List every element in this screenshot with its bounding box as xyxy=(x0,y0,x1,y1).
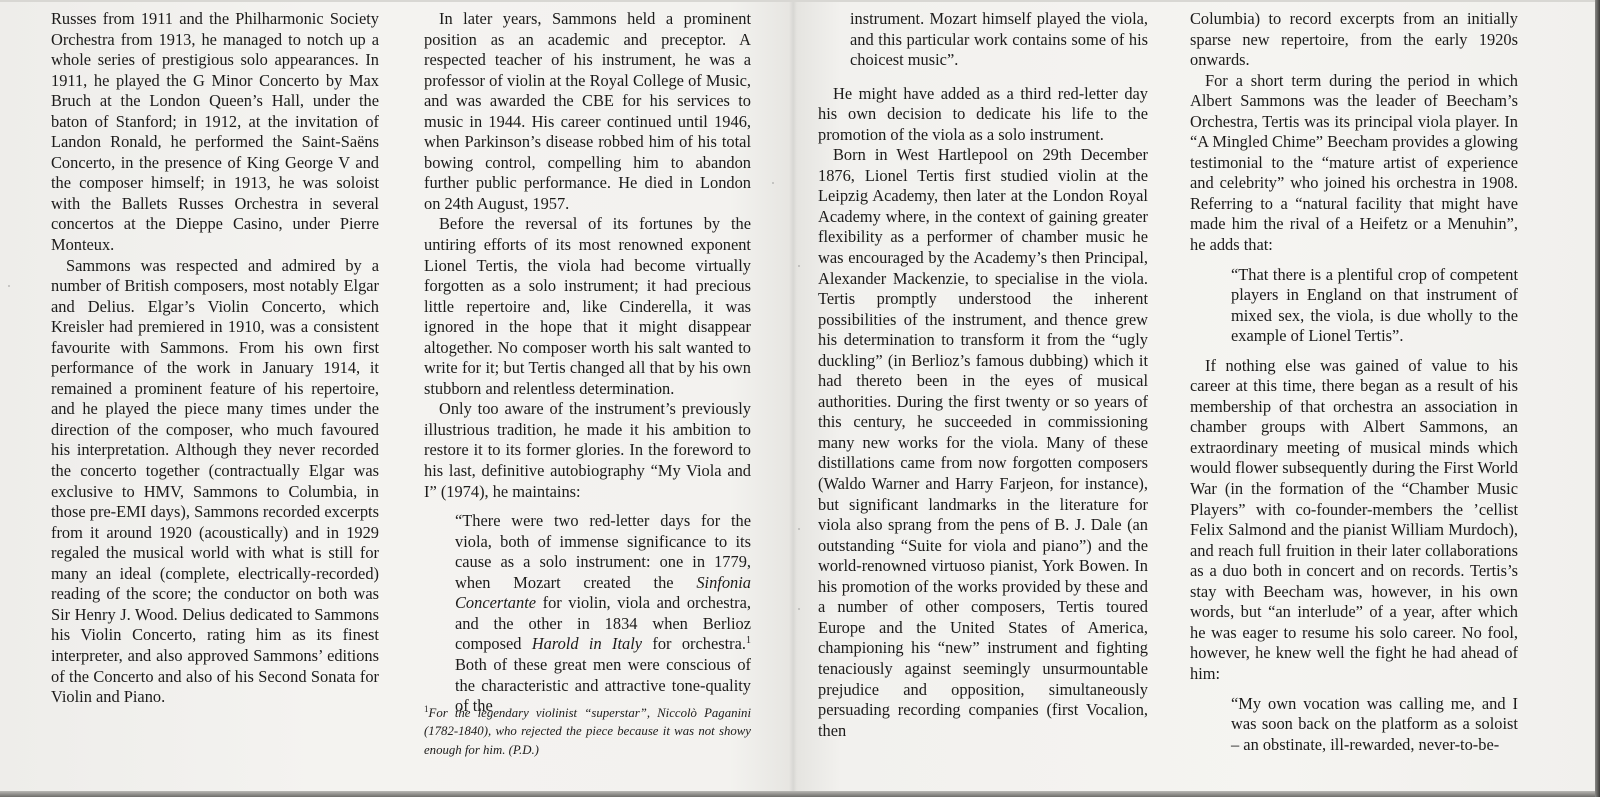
scan-speck xyxy=(772,182,774,184)
block-quote: “That there is a plentiful crop of compe… xyxy=(1231,265,1518,347)
block-quote: “My own vocation was calling me, and I w… xyxy=(1231,694,1518,756)
top-edge xyxy=(0,0,1600,2)
scan-speck xyxy=(8,285,10,287)
paragraph: Only too aware of the instrument’s previ… xyxy=(424,399,751,502)
page-gutter xyxy=(789,0,797,792)
block-quote-continuation: instrument. Mozart himself played the vi… xyxy=(850,9,1148,71)
text-column-3: instrument. Mozart himself played the vi… xyxy=(818,9,1148,741)
block-quote: “There were two red-letter days for the … xyxy=(455,511,751,716)
paragraph: In later years, Sammons held a prominent… xyxy=(424,9,751,214)
bottom-edge xyxy=(0,791,1600,797)
work-title-italic: Harold in Italy xyxy=(532,634,642,653)
footnote-text: For the legendary violinist “superstar”,… xyxy=(424,706,751,757)
paragraph: He might have added as a third red-lette… xyxy=(818,84,1148,146)
scan-speck xyxy=(798,608,800,610)
paragraph: Columbia) to record excerpts from an ini… xyxy=(1190,9,1518,71)
scan-speck xyxy=(798,265,800,267)
paragraph: If nothing else was gained of value to h… xyxy=(1190,356,1518,685)
quote-text: for orchestra. xyxy=(642,634,746,653)
paragraph: Before the reversal of its fortunes by t… xyxy=(424,214,751,399)
paragraph: Sammons was respected and admired by a n… xyxy=(51,256,379,708)
paragraph: Born in West Hartlepool on 29th December… xyxy=(818,145,1148,741)
scan-speck xyxy=(798,528,800,530)
text-column-2: In later years, Sammons held a prominent… xyxy=(424,9,751,726)
paragraph: Russes from 1911 and the Philharmonic So… xyxy=(51,9,379,256)
paragraph: For a short term during the period in wh… xyxy=(1190,71,1518,256)
right-edge xyxy=(1595,0,1600,797)
footnote-reference[interactable]: 1 xyxy=(746,635,751,646)
text-column-1: Russes from 1911 and the Philharmonic So… xyxy=(51,9,379,708)
text-column-4: Columbia) to record excerpts from an ini… xyxy=(1190,9,1518,764)
footnote: 1For the legendary violinist “superstar”… xyxy=(424,704,751,759)
